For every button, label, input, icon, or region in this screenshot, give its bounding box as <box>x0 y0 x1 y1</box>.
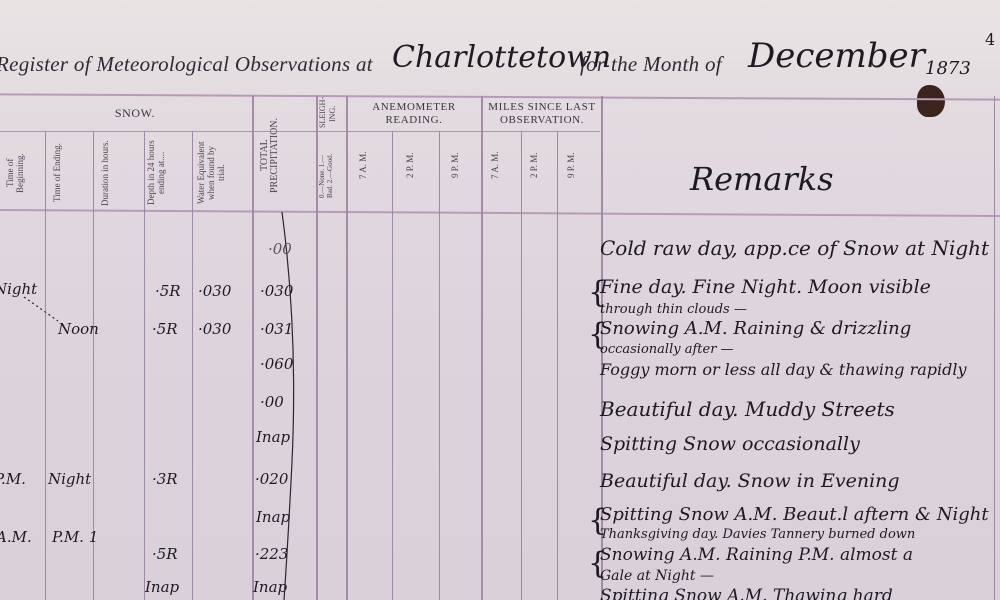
remarks-heading: Remarks <box>690 160 834 198</box>
anemometer-group-header: ANEMOMETER READING. <box>348 101 480 127</box>
register-title: Register of Meteorological Observations … <box>0 52 373 77</box>
top-rule <box>0 93 1000 100</box>
station-name: Charlottetown <box>392 40 611 75</box>
col-miles-7am: 7 A. M. <box>490 145 510 185</box>
time-begin-cell: P.M. <box>0 470 26 488</box>
year-value: 1873 <box>925 58 971 79</box>
depth-cell: ·5R <box>152 320 178 338</box>
remark-line: Beautiful day. Snow in Evening <box>600 470 900 492</box>
col-rule <box>439 131 440 600</box>
header-bottom-rule <box>0 209 1000 217</box>
col-rule <box>192 131 193 600</box>
remark-line: Beautiful day. Muddy Streets <box>600 397 895 421</box>
col-miles-9pm: 9 P. M. <box>566 145 586 185</box>
depth-cell: ·5R <box>155 282 181 300</box>
col-rule <box>346 96 348 600</box>
col-anemometer-2pm: 2 P. M. <box>405 145 425 185</box>
col-duration: Duration in hours. <box>100 138 130 208</box>
ink-stain <box>917 85 945 117</box>
col-total-precipitation: TOTAL PRECIPITATION. <box>260 105 300 205</box>
month-value: December <box>748 36 925 76</box>
depth-cell: ·3R <box>152 470 178 488</box>
remark-line: Fine day. Fine Night. Moon visible <box>600 276 931 298</box>
col-time-ending: Time of Ending. <box>52 138 82 208</box>
depth-cell: Inap <box>145 578 179 596</box>
time-end-cell: P.M. 1 <box>52 528 98 546</box>
remark-line: Thanksgiving day. Davies Tannery burned … <box>600 527 915 542</box>
col-rule <box>45 131 46 600</box>
month-label: for the Month of <box>580 52 722 77</box>
water-equiv-cell: ·030 <box>198 320 231 338</box>
remark-line: Spitting Snow A.M. Beaut.l aftern & Nigh… <box>600 504 989 525</box>
snow-group-header: SNOW. <box>60 107 210 120</box>
col-rule <box>481 96 483 600</box>
remark-line: Spitting Snow A.M. Thawing hard <box>600 586 893 600</box>
remark-line: Gale at Night — <box>600 568 714 584</box>
time-end-cell: Noon <box>58 320 99 338</box>
pencil-divider-line <box>270 212 300 600</box>
depth-cell: ·5R <box>152 545 178 563</box>
col-rule <box>994 96 995 600</box>
remark-line: Snowing A.M. Raining & drizzling <box>600 318 911 339</box>
remark-line: Spitting Snow occasionally <box>600 433 860 455</box>
col-sleighing: SLEIGH-ING. <box>318 100 332 128</box>
time-begin-cell: A.M. <box>0 528 32 546</box>
remark-line: Foggy morn or less all day & thawing rap… <box>600 360 967 379</box>
col-anemometer-7am: 7 A. M. <box>358 145 378 185</box>
remark-line: through thin clouds — <box>600 302 747 317</box>
col-rule <box>392 131 393 600</box>
col-rule <box>521 131 522 600</box>
col-rule <box>144 131 145 600</box>
col-anemometer-9pm: 9 P. M. <box>450 145 470 185</box>
water-equiv-cell: ·030 <box>198 282 231 300</box>
group-header-rule <box>0 131 600 132</box>
remark-line: Cold raw day, app.ce of Snow at Night <box>600 236 989 260</box>
remark-line: Snowing A.M. Raining P.M. almost a <box>600 545 913 565</box>
col-sleighing-scale: 0.—None. 1.—Bad. 2.—Good. <box>318 150 344 202</box>
dotted-connector <box>22 295 62 325</box>
remark-line: occasionally after — <box>600 342 734 357</box>
col-rule <box>252 96 254 600</box>
col-rule <box>557 131 558 600</box>
col-time-beginning: Time of Beginning. <box>5 138 35 208</box>
col-miles-2pm: 2 P. M. <box>529 145 549 185</box>
page-number: 4 <box>985 30 995 49</box>
miles-group-header: MILES SINCE LAST OBSERVATION. <box>483 101 601 127</box>
col-water-equivalent: Water Equivalent when found by trial. <box>196 138 244 208</box>
time-end-cell: Night <box>48 470 91 488</box>
col-depth: Depth in 24 hours ending at.... <box>146 138 188 208</box>
